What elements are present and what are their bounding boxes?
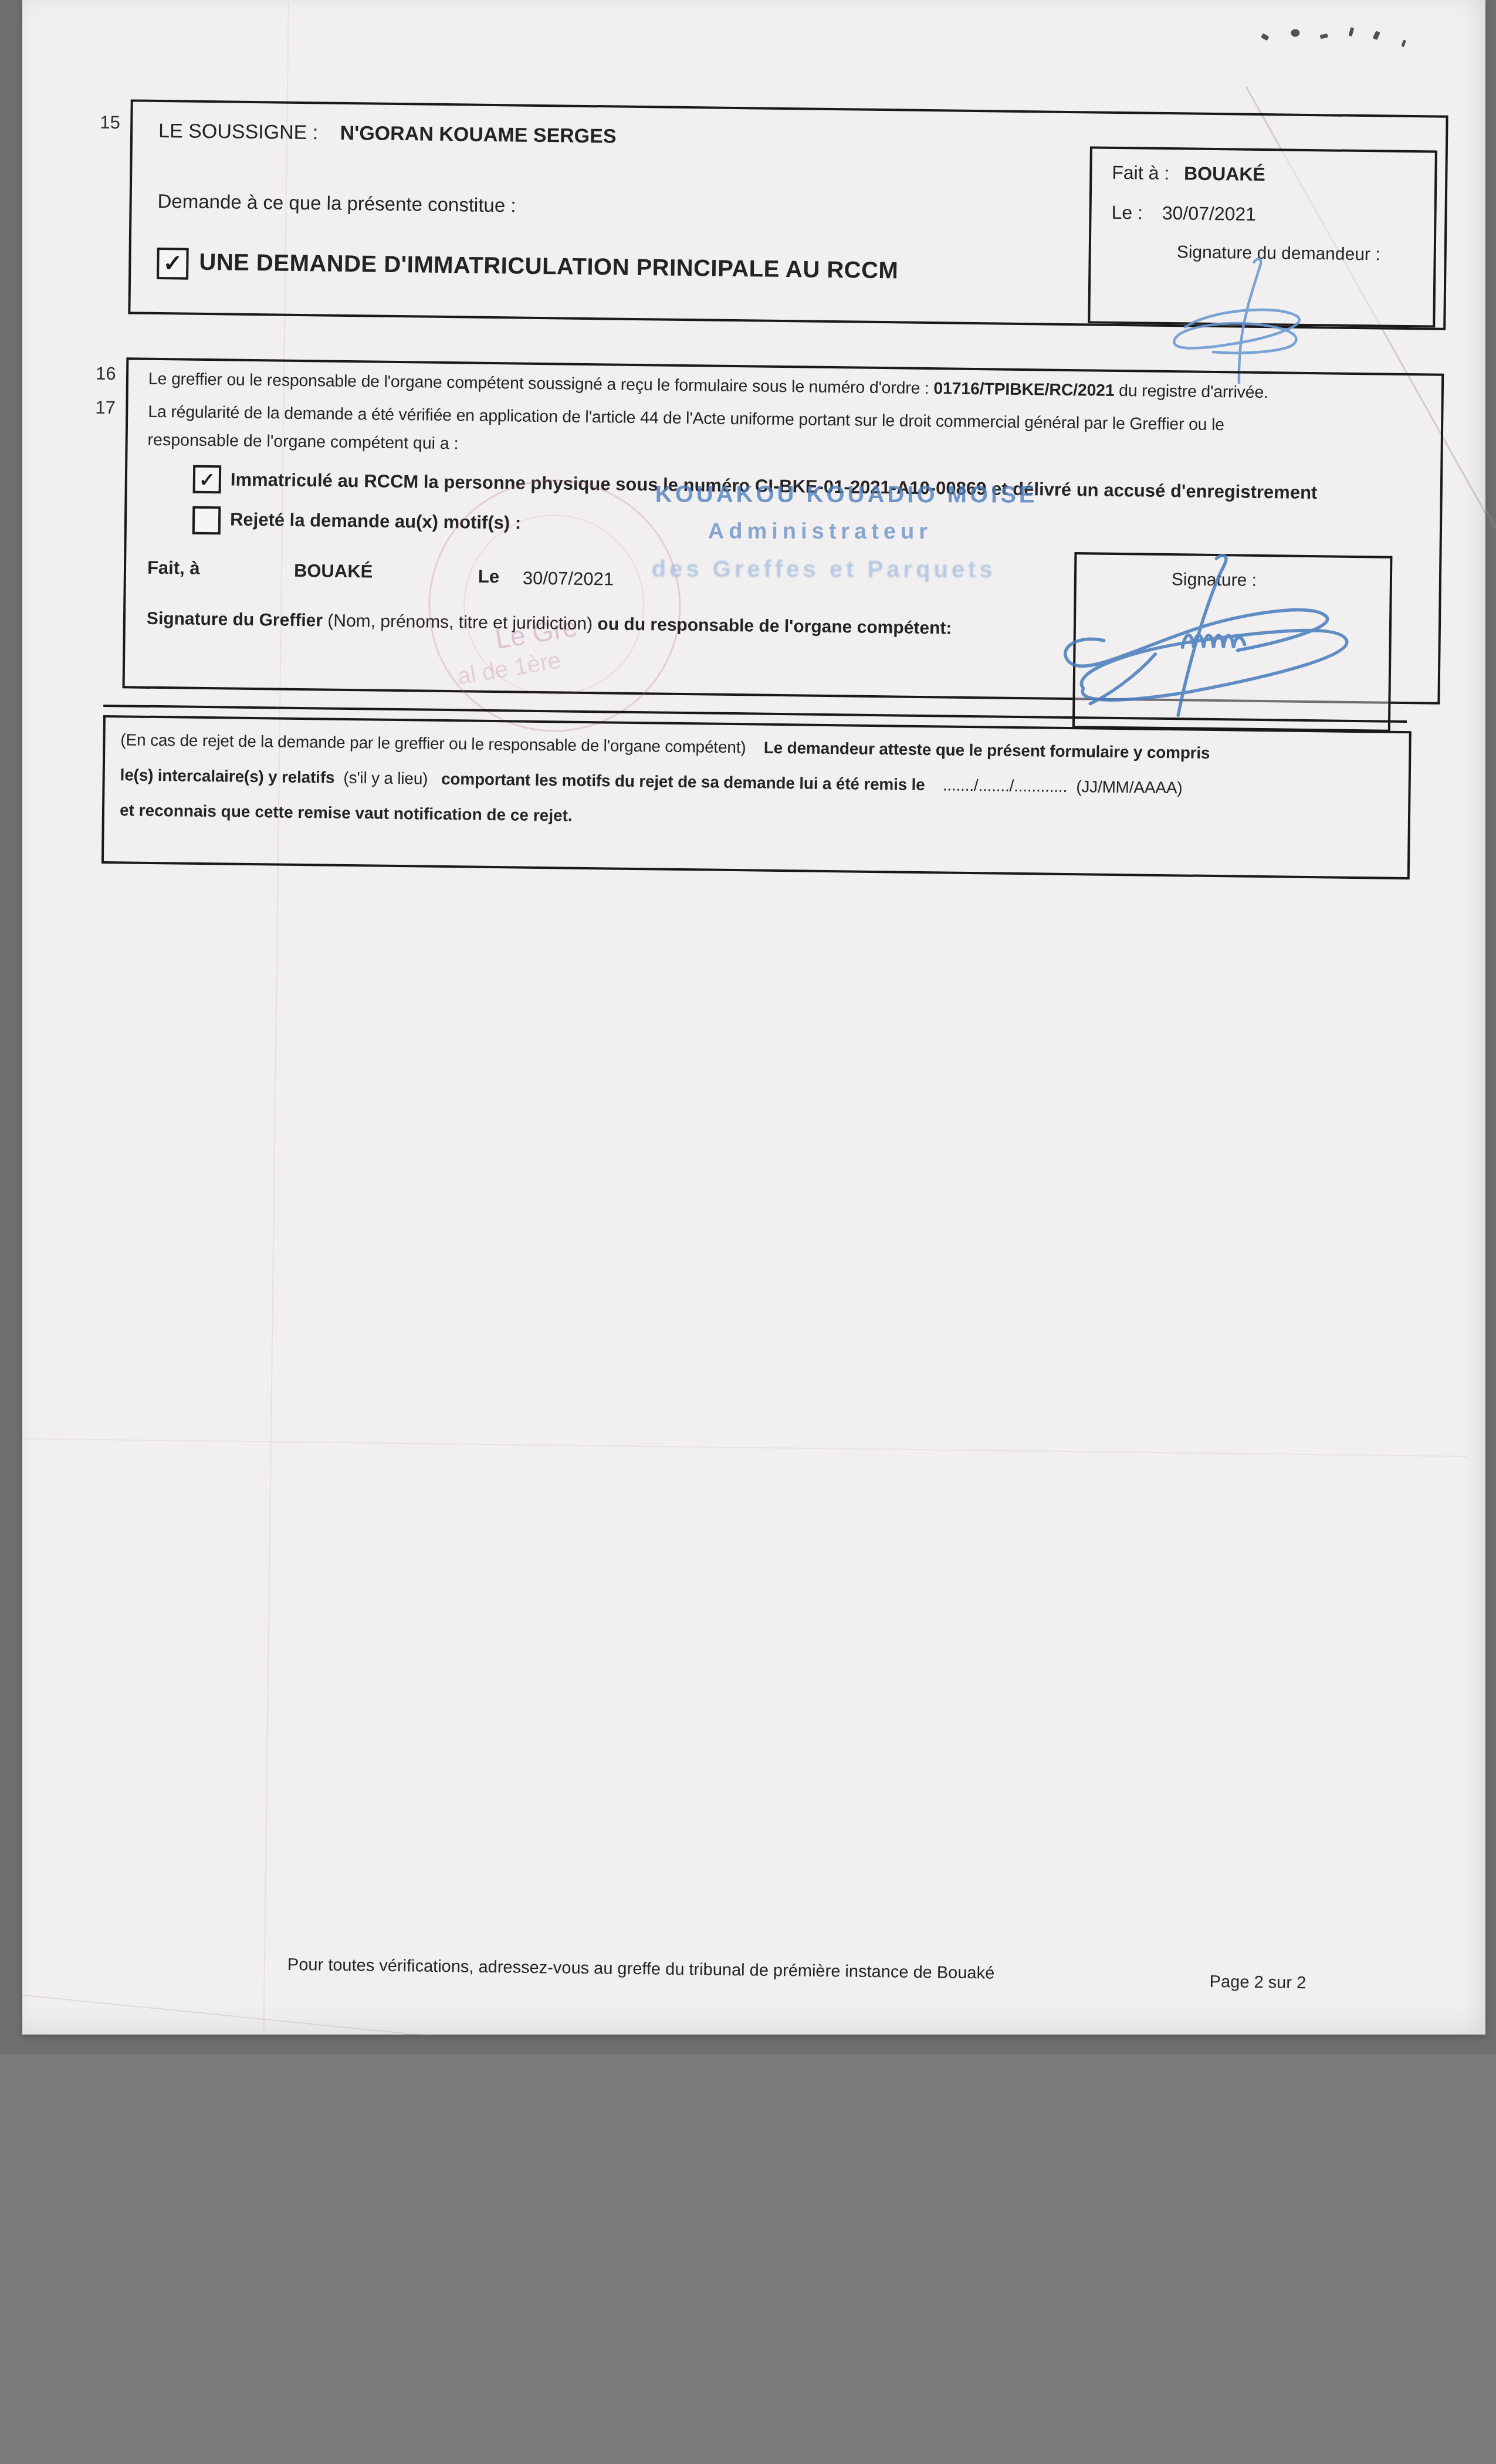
line16-prefix: Le greffier ou le responsable de l'organ…	[148, 370, 934, 398]
fait-a-box: Fait à : BOUAKÉ Le : 30/07/2021 Signatur…	[1088, 146, 1437, 327]
pen-mark	[1320, 33, 1328, 39]
soussigne-label: LE SOUSSIGNE :	[158, 120, 319, 144]
immatricule-suffix: et délivré un accusé d'enregistrement	[991, 478, 1318, 503]
stamp-subtitle: des Greffes et Parquets	[652, 556, 996, 583]
stamp-title: Administrateur	[708, 519, 932, 545]
immatriculation-principale-label: UNE DEMANDE D'IMMATRICULATION PRINCIPALE…	[199, 249, 898, 285]
rejection-line2-bold2: comportant les motifs du rejet de sa dem…	[441, 770, 939, 794]
fait-a-value: BOUAKÉ	[1184, 163, 1265, 185]
document-page: 15 LE SOUSSIGNE : N'GORAN KOUAME SERGES …	[22, 0, 1485, 2035]
section-16-17-box: Le greffier ou le responsable de l'organ…	[123, 357, 1444, 704]
fold-crease	[19, 1994, 440, 2037]
rejection-line-3: et reconnais que cette remise vaut notif…	[120, 801, 573, 825]
check-icon: ✓	[163, 252, 182, 275]
pen-mark	[1373, 31, 1380, 40]
rejection-line1-regular: (En cas de rejet de la demande par le gr…	[120, 730, 759, 756]
pen-mark	[1291, 29, 1299, 37]
line-16: Le greffier ou le responsable de l'organ…	[148, 370, 1268, 402]
rejection-line2-bold1: le(s) intercalaire(s) y relatifs	[120, 766, 339, 787]
item-number-16: 16	[96, 363, 116, 384]
le-label: Le :	[1111, 202, 1143, 224]
le-value: 30/07/2021	[1162, 202, 1257, 225]
rejection-line-2: le(s) intercalaire(s) y relatifs (s'il y…	[120, 766, 1183, 797]
fait-a-label: Fait à :	[1112, 162, 1169, 184]
pen-mark	[1349, 27, 1355, 36]
rejete-checkbox	[192, 506, 216, 530]
pen-mark	[1401, 39, 1406, 47]
check-icon: ✓	[199, 469, 215, 489]
greffier-bold1: Signature du Greffier	[147, 609, 328, 631]
fold-crease	[5, 1438, 1468, 1457]
fait-a-line: Fait à : BOUAKÉ	[1112, 162, 1265, 185]
item-number-17: 17	[95, 397, 116, 418]
stamp-name: KOUAKOU KOUADIO MOISE	[655, 481, 1038, 508]
greffier-regular: (Nom, prénoms, titre et juridiction)	[327, 611, 598, 634]
soussigne-line: LE SOUSSIGNE : N'GORAN KOUAME SERGES	[158, 120, 617, 148]
immatricule-checkbox: ✓	[193, 465, 216, 489]
line16-suffix: du registre d'arrivée.	[1119, 381, 1268, 402]
section-15-box: LE SOUSSIGNE : N'GORAN KOUAME SERGES Dem…	[128, 99, 1448, 330]
rejection-line-1: (En cas de rejet de la demande par le gr…	[120, 730, 1210, 763]
item-number-15: 15	[100, 112, 120, 133]
rejection-line1-bold: Le demandeur atteste que le présent form…	[764, 739, 1210, 762]
fait-label: Fait, à	[147, 557, 200, 579]
rejection-line2-format: (JJ/MM/AAAA)	[1076, 777, 1183, 797]
demande-line: Demande à ce que la présente constitue :	[157, 190, 516, 216]
rejection-box: (En cas de rejet de la demande par le gr…	[101, 715, 1412, 879]
greffier-signature	[1034, 547, 1376, 727]
le-line: Le : 30/07/2021	[1111, 202, 1256, 225]
page-content: 15 LE SOUSSIGNE : N'GORAN KOUAME SERGES …	[0, 0, 1486, 2052]
footer-page-number: Page 2 sur 2	[1210, 1972, 1307, 1993]
soussigne-name: N'GORAN KOUAME SERGES	[340, 122, 616, 148]
line-17a: La régularité de la demande a été vérifi…	[148, 402, 1224, 435]
footer-verification-note: Pour toutes vérifications, adressez-vous…	[287, 1955, 995, 1984]
immatriculation-checkbox: ✓	[157, 248, 184, 275]
demandeur-signature	[1154, 249, 1332, 387]
pen-mark	[1261, 33, 1269, 41]
rejection-line2-dots: ......./......./............	[943, 776, 1072, 796]
line-17b: responsable de l'organe compétent qui a …	[147, 431, 458, 453]
fait-value: BOUAKÉ	[294, 560, 373, 583]
rejection-line2-regular: (s'il y a lieu)	[343, 769, 436, 788]
order-number: 01716/TPIBKE/RC/2021	[933, 379, 1114, 400]
greffier-bold2: ou du responsable de l'organe compétent:	[597, 614, 952, 638]
